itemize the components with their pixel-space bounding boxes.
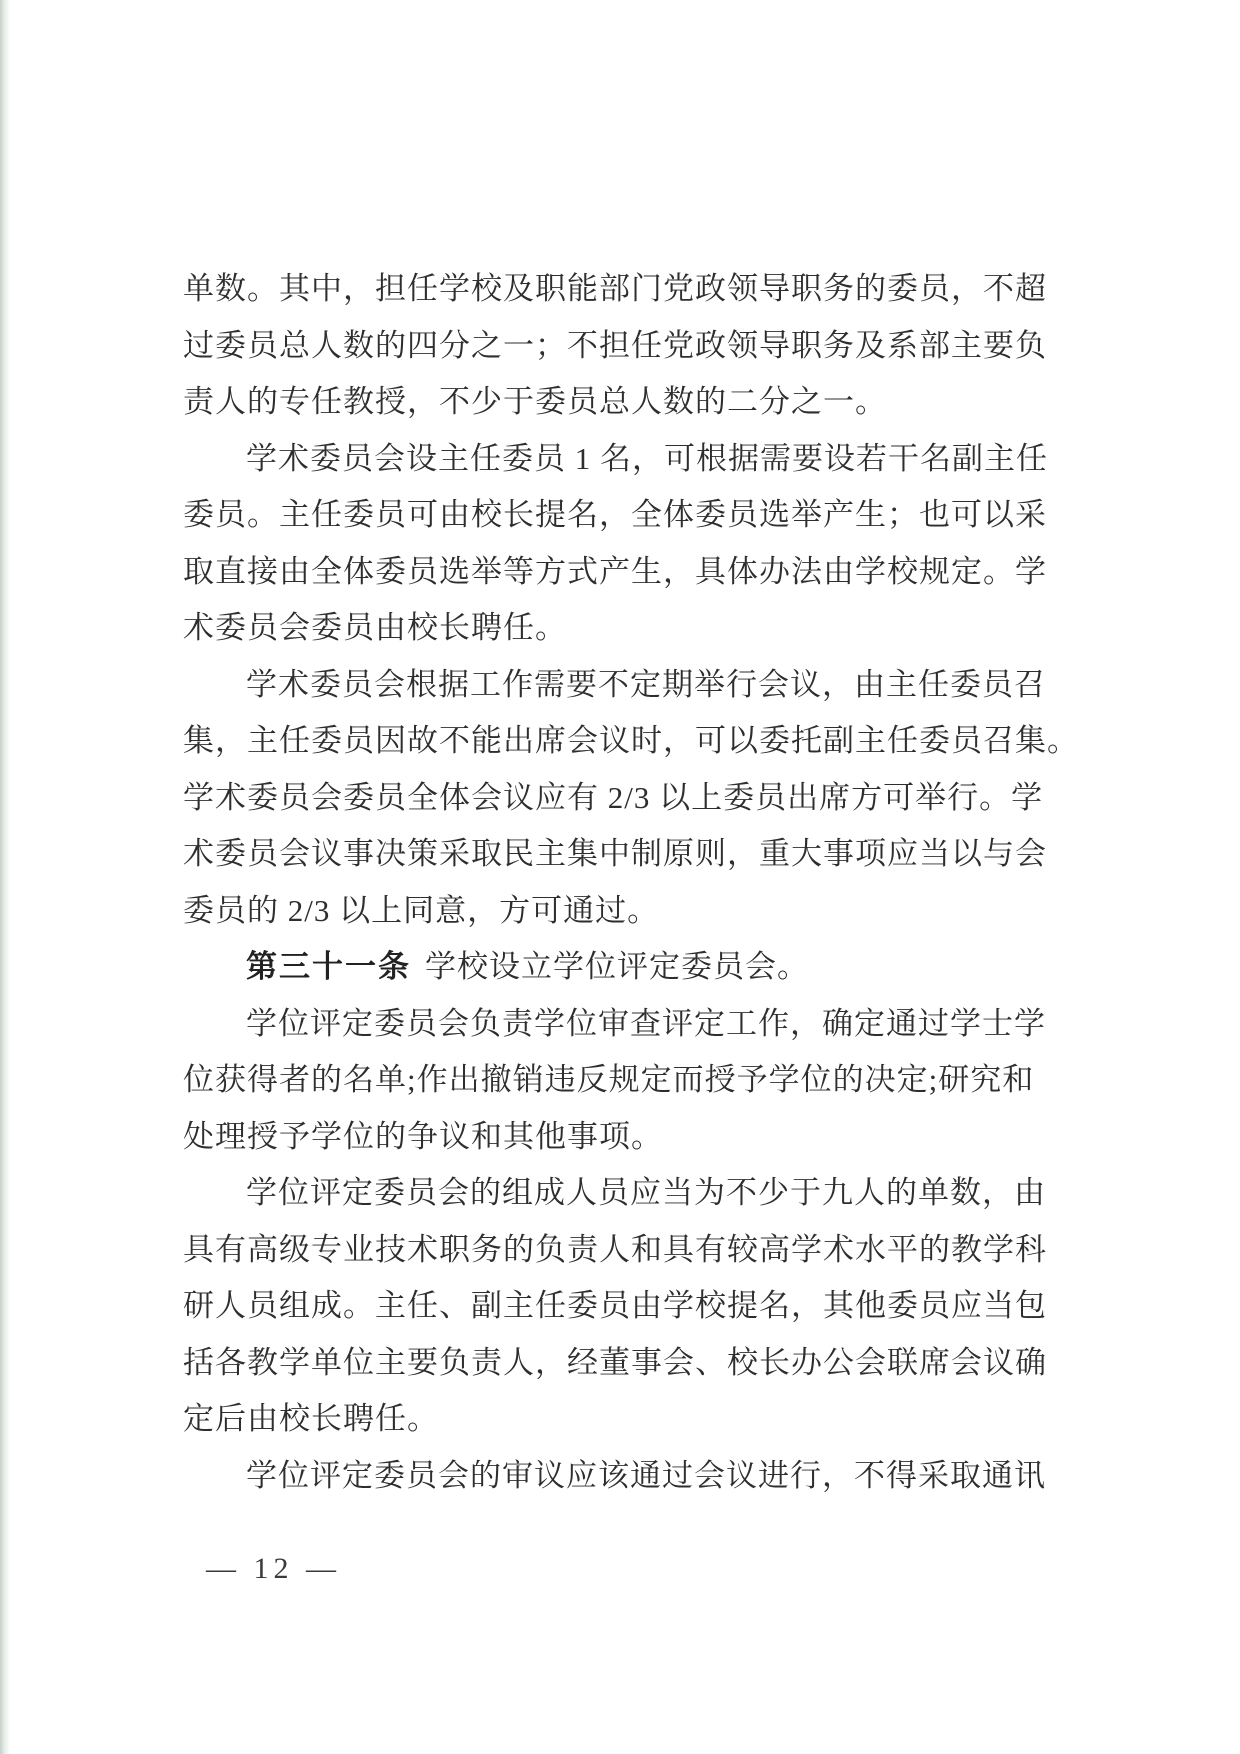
text-line: 处理授予学位的争议和其他事项。 — [183, 1120, 1051, 1177]
text-line: 取直接由全体委员选举等方式产生，具体办法由学校规定。学 — [183, 555, 1051, 612]
text-line: 责人的专任教授，不少于委员总人数的二分之一。 — [183, 385, 1051, 442]
document-page: 单数。其中，担任学校及职能部门党政领导职务的委员，不超 过委员总人数的四分之一；… — [0, 0, 1240, 1754]
text-line: 单数。其中，担任学校及职能部门党政领导职务的委员，不超 — [183, 272, 1051, 329]
text-line: 括各教学单位主要负责人，经董事会、校长办公会联席会议确 — [183, 1346, 1051, 1403]
text-line: 具有高级专业技术职务的负责人和具有较高学术水平的教学科 — [183, 1233, 1051, 1290]
text-line: 学位评定委员会负责学位审查评定工作，确定通过学士学 — [183, 1007, 1051, 1064]
text-line: 学术委员会委员全体会议应有 2/3 以上委员出席方可举行。学 — [183, 781, 1051, 838]
text-line: 过委员总人数的四分之一；不担任党政领导职务及系部主要负 — [183, 329, 1051, 386]
text-line: 委员。主任委员可由校长提名，全体委员选举产生；也可以采 — [183, 498, 1051, 555]
scan-edge-artifact — [0, 0, 10, 1754]
text-line: 定后由校长聘任。 — [183, 1402, 1051, 1459]
page-number: — 12 — — [206, 1552, 341, 1586]
text-line: 委员的 2/3 以上同意，方可通过。 — [183, 894, 1051, 951]
text-line: 学术委员会根据工作需要不定期举行会议，由主任委员召 — [183, 668, 1051, 725]
article-31-heading: 第三十一条学校设立学位评定委员会。 — [183, 950, 1051, 1007]
text-line: 学位评定委员会的审议应该通过会议进行，不得采取通讯 — [183, 1459, 1051, 1516]
text-line: 研人员组成。主任、副主任委员由学校提名，其他委员应当包 — [183, 1289, 1051, 1346]
text-line: 集，主任委员因故不能出席会议时，可以委托副主任委员召集。 — [183, 724, 1051, 781]
text-line: 术委员会议事决策采取民主集中制原则，重大事项应当以与会 — [183, 837, 1051, 894]
text-line: 位获得者的名单;作出撤销违反规定而授予学位的决定;研究和 — [183, 1063, 1051, 1120]
article-number: 第三十一条 — [246, 949, 411, 984]
text-line: 学术委员会设主任委员 1 名，可根据需要设若干名副主任 — [183, 442, 1051, 499]
text-line: 术委员会委员由校长聘任。 — [183, 611, 1051, 668]
document-body: 单数。其中，担任学校及职能部门党政领导职务的委员，不超 过委员总人数的四分之一；… — [183, 272, 1051, 1515]
article-title: 学校设立学位评定委员会。 — [425, 949, 809, 984]
text-line: 学位评定委员会的组成人员应当为不少于九人的单数，由 — [183, 1176, 1051, 1233]
